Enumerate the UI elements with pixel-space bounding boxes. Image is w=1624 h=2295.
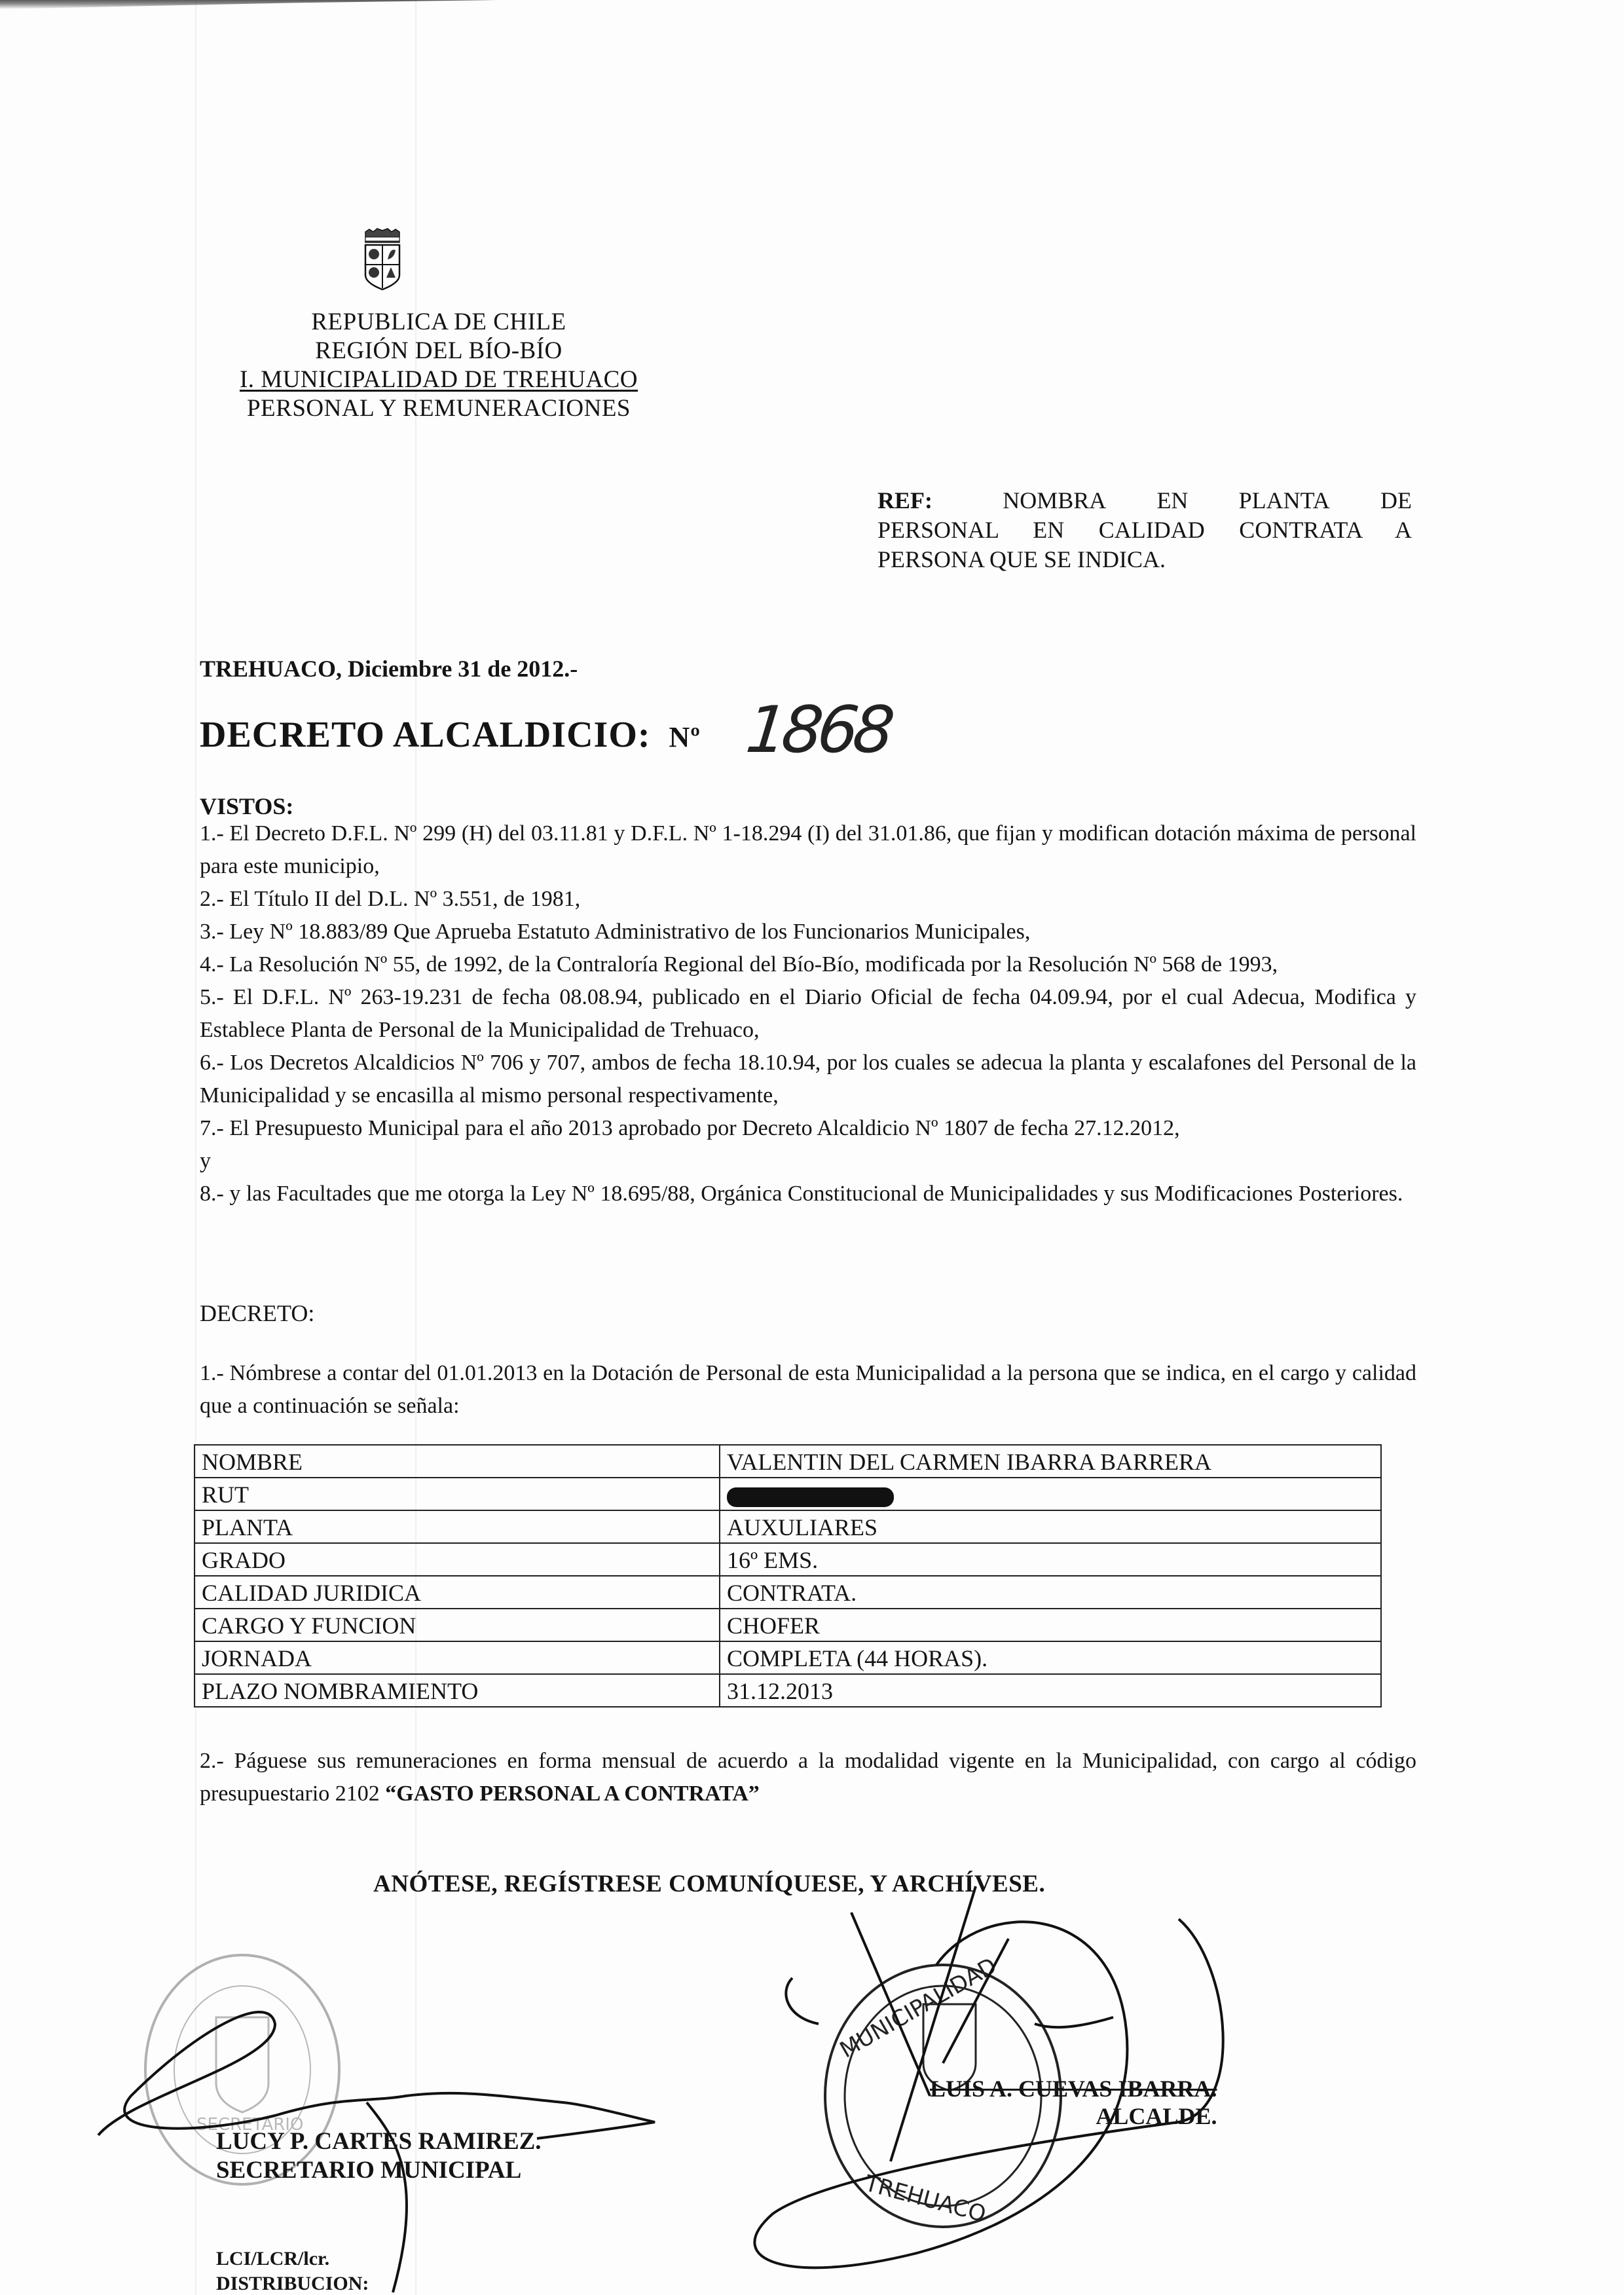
budget-code-label: “GASTO PERSONAL A CONTRATA”: [385, 1782, 760, 1806]
vistos-item: 3.- Ley Nº 18.883/89 Que Aprueba Estatut…: [200, 916, 1416, 948]
decreto-item-2-text: 2.- Páguese sus remuneraciones en forma …: [200, 1749, 1416, 1806]
decreto-heading: DECRETO:: [200, 1299, 314, 1327]
vistos-list: 1.- El Decreto D.F.L. Nº 299 (H) del 03.…: [200, 817, 1416, 1210]
field-value: 31.12.2013: [720, 1674, 1381, 1707]
letterhead-department: PERSONAL Y REMUNERACIONES: [196, 394, 681, 423]
vistos-item: 8.- y las Facultades que me otorga la Le…: [200, 1178, 1416, 1210]
field-value: CHOFER: [720, 1609, 1381, 1641]
table-row: PLAZO NOMBRAMIENTO31.12.2013: [194, 1674, 1381, 1707]
secretary-title: SECRETARIO MUNICIPAL: [216, 2156, 542, 2185]
table-row: NOMBREVALENTIN DEL CARMEN IBARRA BARRERA: [194, 1445, 1381, 1478]
reference-word: PLANTA: [1239, 486, 1330, 515]
field-value: 16º EMS.: [720, 1543, 1381, 1576]
scan-shadow: [0, 0, 498, 9]
field-value: [720, 1478, 1381, 1510]
letterhead-municipality: I. MUNICIPALIDAD DE TREHUACO: [196, 365, 681, 394]
reference-label: REF:: [877, 486, 932, 515]
secretary-signature-block: LUCY P. CARTES RAMIREZ. SECRETARIO MUNIC…: [216, 2127, 542, 2185]
decree-number-label: Nº: [669, 721, 701, 753]
redaction-mark: [727, 1487, 894, 1507]
mayor-name: LUIS A. CUEVAS IBARRA.: [930, 2075, 1217, 2102]
decree-title-text: DECRETO ALCALDICIO:: [200, 715, 651, 755]
appointment-table: NOMBREVALENTIN DEL CARMEN IBARRA BARRERA…: [194, 1444, 1382, 1707]
field-label: CALIDAD JURIDICA: [194, 1576, 720, 1609]
field-label: PLANTA: [194, 1510, 720, 1543]
decreto-item-2: 2.- Páguese sus remuneraciones en forma …: [200, 1745, 1416, 1810]
svg-text:TREHUACO: TREHUACO: [861, 2170, 988, 2228]
reference-word: EN: [1156, 486, 1188, 515]
reference-word: NOMBRA: [1003, 486, 1106, 515]
letterhead-country: REPUBLICA DE CHILE: [196, 308, 681, 337]
mayor-signature-block: LUIS A. CUEVAS IBARRA. ALCALDE.: [930, 2075, 1217, 2130]
field-label: GRADO: [194, 1543, 720, 1576]
field-label: JORNADA: [194, 1641, 720, 1674]
vistos-item: 4.- La Resolución Nº 55, de 1992, de la …: [200, 948, 1416, 981]
field-value: AUXULIARES: [720, 1510, 1381, 1543]
field-value: COMPLETA (44 HORAS).: [720, 1641, 1381, 1674]
vistos-item: 5.- El D.F.L. Nº 263-19.231 de fecha 08.…: [200, 981, 1416, 1047]
table-row: GRADO16º EMS.: [194, 1543, 1381, 1576]
closing-formula: ANÓTESE, REGÍSTRESE COMUNÍQUESE, Y ARCHÍ…: [373, 1870, 1045, 1898]
reference-line-2: PERSONAL EN CALIDAD CONTRATA A: [877, 515, 1412, 545]
letterhead-region: REGIÓN DEL BÍO-BÍO: [196, 337, 681, 365]
table-row: PLANTAAUXULIARES: [194, 1510, 1381, 1543]
mayor-title: ALCALDE.: [930, 2102, 1217, 2130]
vistos-item: 7.- El Presupuesto Municipal para el año…: [200, 1112, 1416, 1145]
table-row: CARGO Y FUNCIONCHOFER: [194, 1609, 1381, 1641]
vistos-item: 6.- Los Decretos Alcaldicios Nº 706 y 70…: [200, 1047, 1416, 1112]
vistos-item: 2.- El Título II del D.L. Nº 3.551, de 1…: [200, 883, 1416, 916]
date-line: TREHUACO, Diciembre 31 de 2012.-: [200, 655, 578, 682]
decreto-item-1-text: 1.- Nómbrese a contar del 01.01.2013 en …: [200, 1357, 1416, 1423]
field-value: VALENTIN DEL CARMEN IBARRA BARRERA: [720, 1445, 1381, 1478]
decree-title: DECRETO ALCALDICIO:Nº: [200, 714, 701, 756]
decreto-item-1: 1.- Nómbrese a contar del 01.01.2013 en …: [200, 1357, 1416, 1423]
footer: LCI/LCR/lcr. DISTRIBUCION:: [216, 2247, 369, 2295]
vistos-item: 1.- El Decreto D.F.L. Nº 299 (H) del 03.…: [200, 817, 1416, 883]
vistos-heading: VISTOS:: [200, 793, 293, 820]
municipal-coat-of-arms-icon: [361, 228, 403, 291]
field-label: CARGO Y FUNCION: [194, 1609, 720, 1641]
table-row: RUT: [194, 1478, 1381, 1510]
vistos-item: y: [200, 1145, 1416, 1178]
secretary-name: LUCY P. CARTES RAMIREZ.: [216, 2127, 542, 2156]
field-label: NOMBRE: [194, 1445, 720, 1478]
letterhead: REPUBLICA DE CHILE REGIÓN DEL BÍO-BÍO I.…: [196, 308, 681, 423]
field-label: PLAZO NOMBRAMIENTO: [194, 1674, 720, 1707]
distribution-label: DISTRIBUCION:: [216, 2271, 369, 2295]
reference-block: REF: NOMBRA EN PLANTA DE PERSONAL EN CAL…: [877, 486, 1412, 574]
reference-line-3: PERSONA QUE SE INDICA.: [877, 545, 1412, 574]
reference-word: DE: [1380, 486, 1412, 515]
field-value: CONTRATA.: [720, 1576, 1381, 1609]
field-label: RUT: [194, 1478, 720, 1510]
svg-text:MUNICIPALIDAD: MUNICIPALIDAD: [836, 1952, 1001, 2063]
table-row: JORNADACOMPLETA (44 HORAS).: [194, 1641, 1381, 1674]
decree-handwritten-number: 1868: [743, 693, 893, 768]
table-row: CALIDAD JURIDICACONTRATA.: [194, 1576, 1381, 1609]
reference-initials: LCI/LCR/lcr.: [216, 2247, 369, 2271]
